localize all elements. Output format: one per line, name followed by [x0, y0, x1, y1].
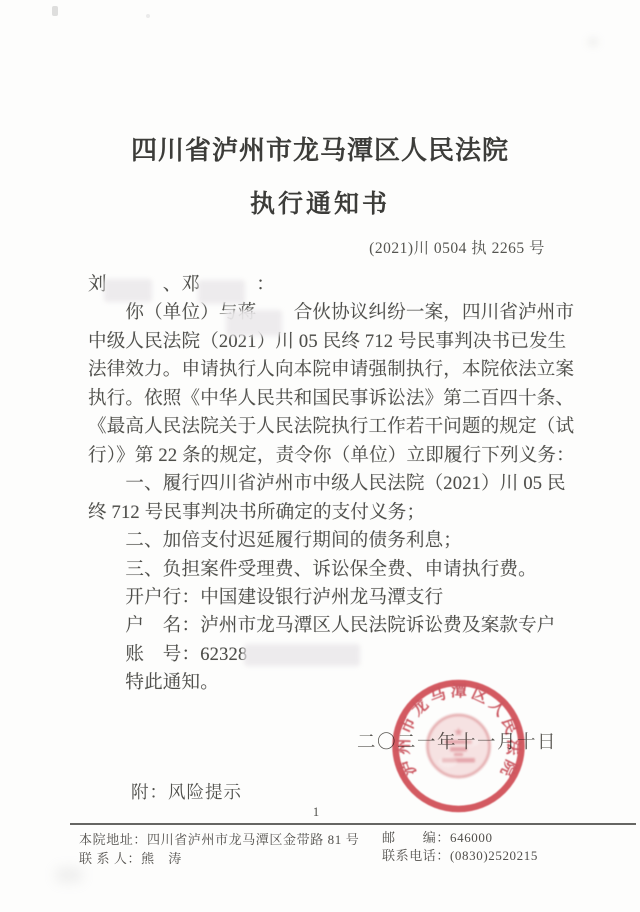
footer-contact: 联 系 人：熊 涛 [79, 848, 182, 867]
doc-line: 终 712 号民事判决书所确定的支付义务； [88, 499, 598, 527]
case-number: (2021)川 0504 执 2265 号 [0, 236, 545, 258]
footer-divider [70, 823, 636, 825]
doc-line: 《最高人民法院关于人民法院执行工作若干问题的规定（试 [88, 413, 598, 441]
footer-postcode: 邮 编：646000 [382, 827, 493, 846]
seal-star-icon: ★ [453, 725, 464, 739]
doc-title: 执行通知书 [0, 184, 640, 220]
doc-line: 一、履行四川省泸州市中级人民法院（2021）川 05 民 [88, 470, 598, 498]
attachment-note: 附：风险提示 [131, 779, 242, 804]
scan-artifact [52, 6, 58, 16]
page-number: 1 [306, 805, 326, 820]
scan-artifact [56, 868, 82, 882]
doc-line: 执行。依照《中华人民共和国民事诉讼法》第二百四十条、 [88, 385, 598, 413]
document-page: 四川省泸州市龙马潭区人民法院 执行通知书 (2021)川 0504 执 2265… [0, 0, 640, 912]
footer-address: 本院地址：四川省泸州市龙马潭区金带路 81 号 [79, 829, 359, 848]
doc-line: 行）》第 22 条的规定，责令你（单位）立即履行下列义务： [88, 442, 598, 470]
doc-line: 户 名：泸州市龙马潭区人民法院诉讼费及案款专户 [88, 612, 598, 640]
scan-artifact [588, 38, 598, 46]
doc-line: 二、加倍支付迟延履行期间的债务利息； [88, 527, 598, 555]
doc-line: 你（单位）与蒋 合伙协议纠纷一案，四川省泸州市 [88, 299, 598, 327]
footer-phone: 联系电话：(0830)2520215 [382, 845, 538, 864]
doc-line: 法律效力。申请执行人向本院申请强制执行，本院依法立案 [88, 356, 598, 384]
court-seal-icon: 泸州市龙马潭区人民法院 ★ [388, 676, 529, 817]
doc-line: 三、负担案件受理费、诉讼保全费、申请执行费。 [88, 556, 598, 584]
doc-line: 开户行：中国建设银行泸州龙马潭支行 [88, 584, 598, 612]
doc-line: 账 号：62328 [88, 641, 598, 669]
national-emblem-icon: ★ [428, 715, 490, 777]
court-name: 四川省泸州市龙马潭区人民法院 [0, 130, 640, 167]
doc-line: 中级人民法院（2021）川 05 民终 712 号民事判决书已发生 [88, 328, 598, 356]
body-text: 刘 、邓 ： 你（单位）与蒋 合伙协议纠纷一案，四川省泸州市中级人民法院（202… [88, 271, 598, 698]
doc-line: 刘 、邓 ： [88, 271, 598, 299]
scan-artifact [146, 14, 150, 18]
